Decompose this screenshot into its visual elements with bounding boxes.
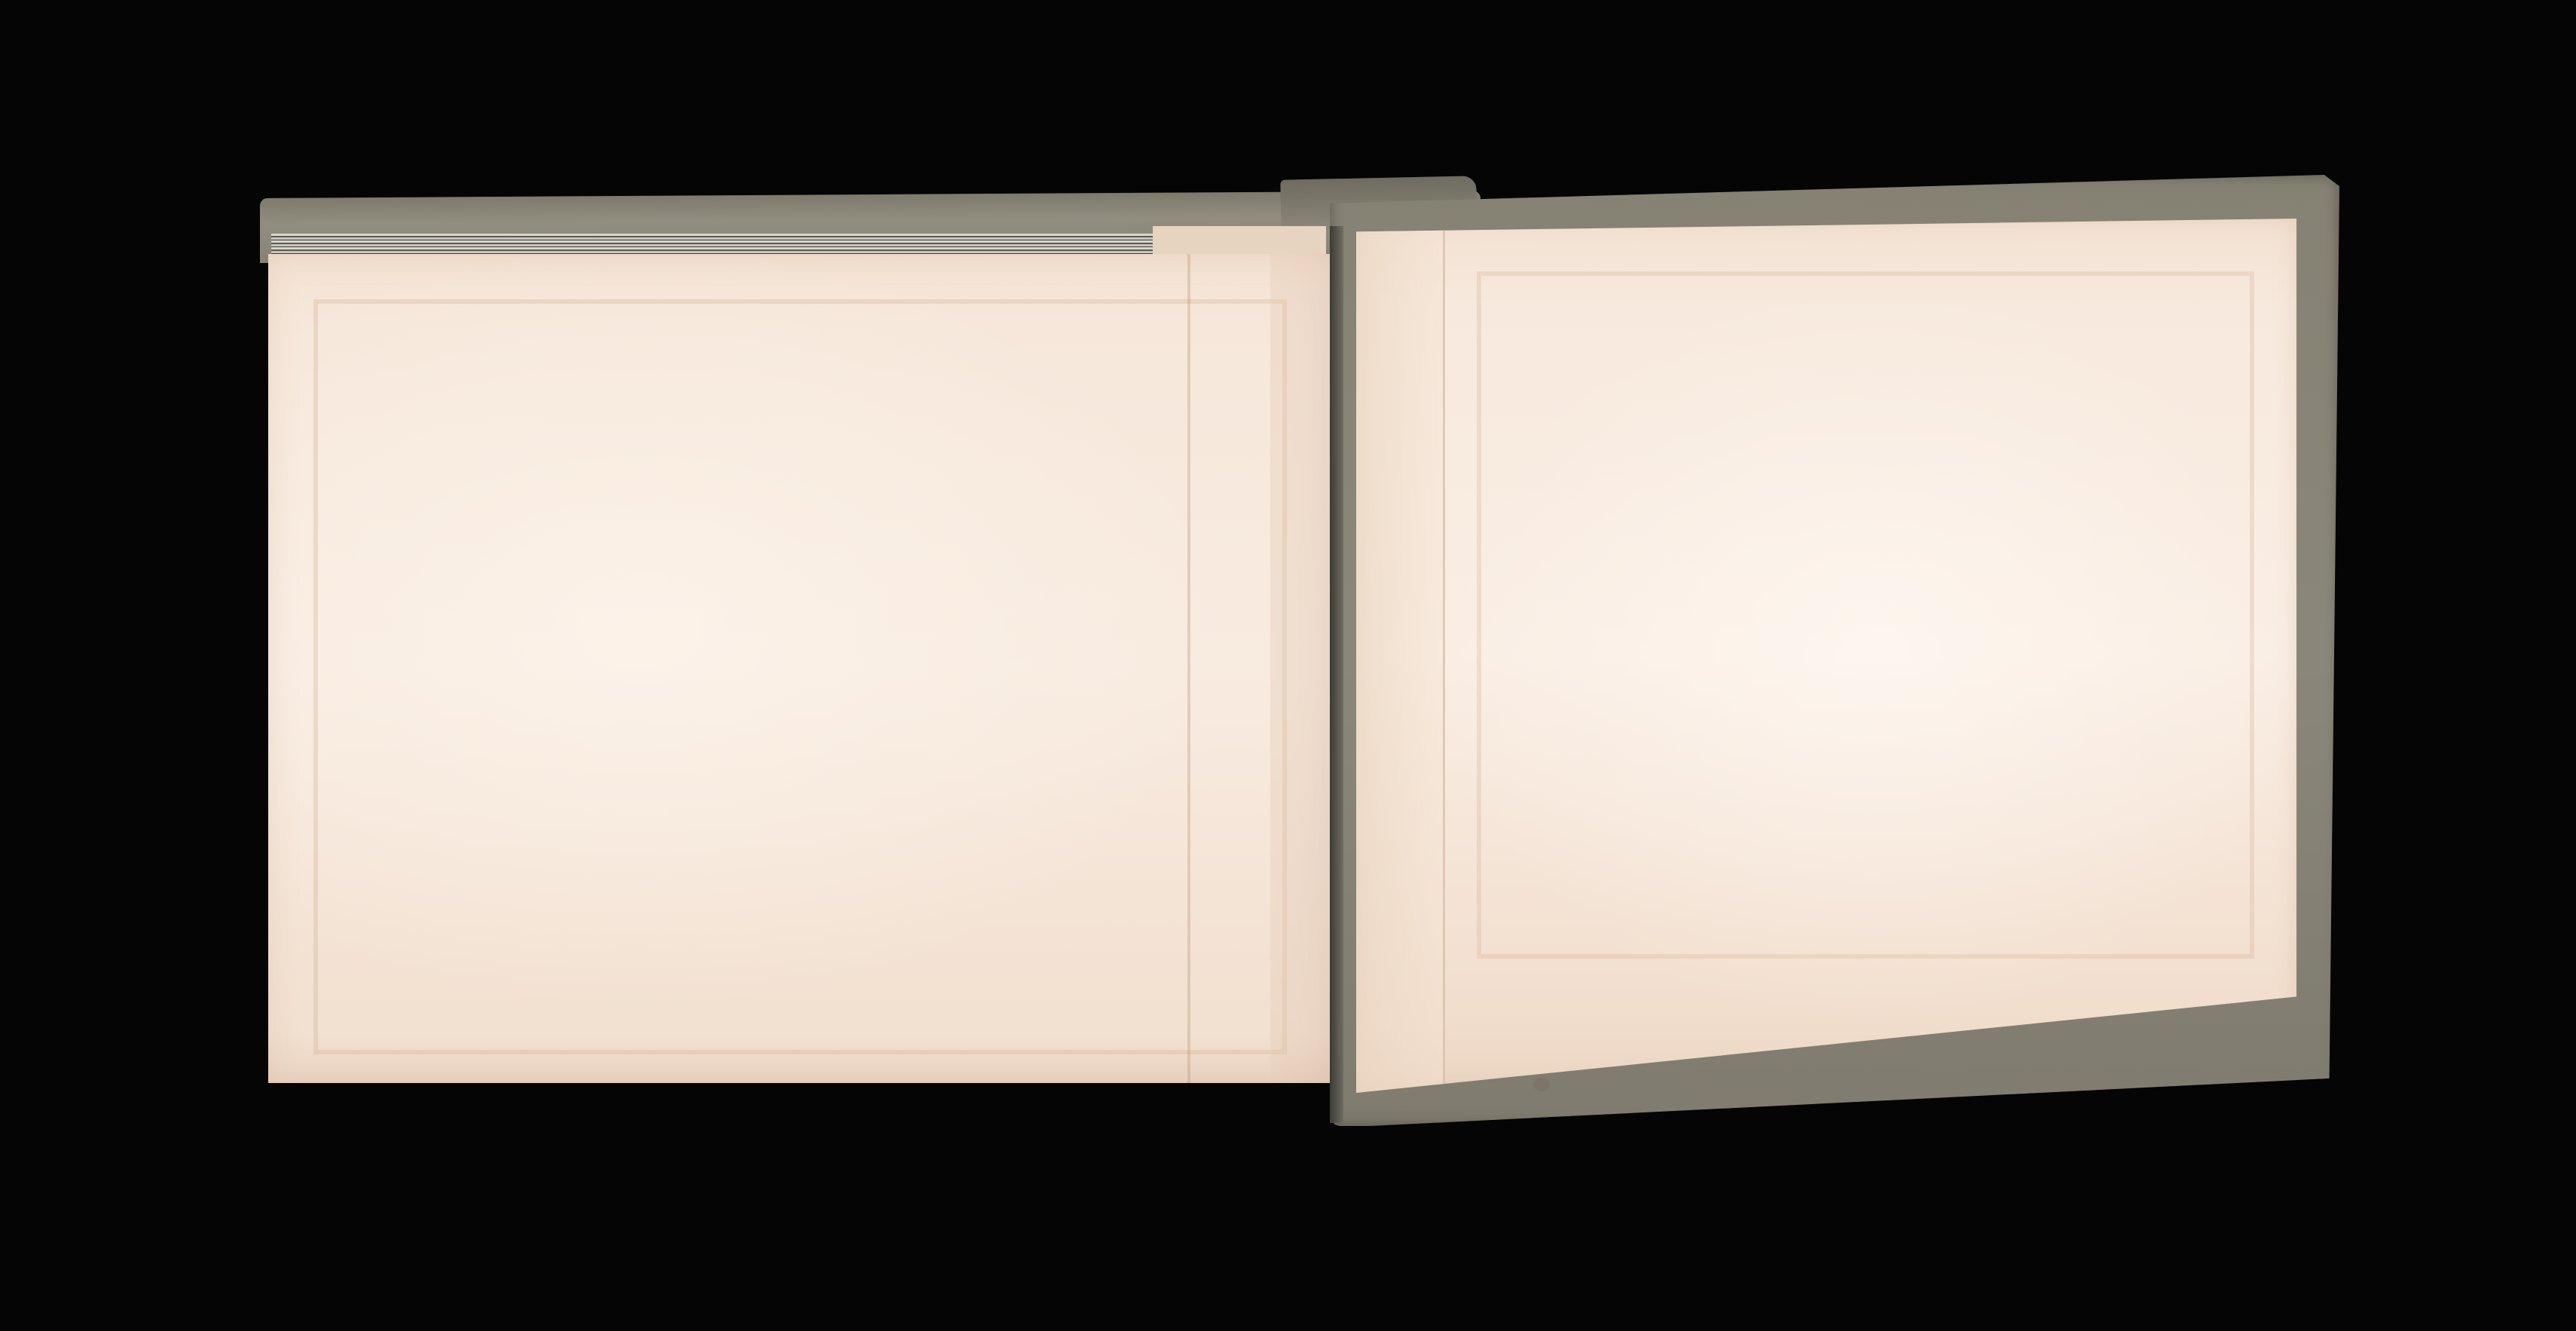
left-page-foxing-frame bbox=[313, 299, 1287, 1054]
left-page-crease bbox=[1187, 254, 1190, 1083]
photo-scene bbox=[0, 0, 2576, 1331]
left-blank-page bbox=[268, 254, 1331, 1083]
right-cover-spine-edge bbox=[1330, 226, 1343, 1123]
left-page-gutter bbox=[1270, 254, 1331, 1083]
left-paper-tab bbox=[1153, 226, 1326, 256]
right-blank-page bbox=[1356, 219, 2296, 1093]
right-page-hinge-strip bbox=[1356, 219, 1445, 1093]
cover-stain bbox=[1533, 1078, 1550, 1091]
right-page-foxing-frame bbox=[1477, 271, 2254, 959]
